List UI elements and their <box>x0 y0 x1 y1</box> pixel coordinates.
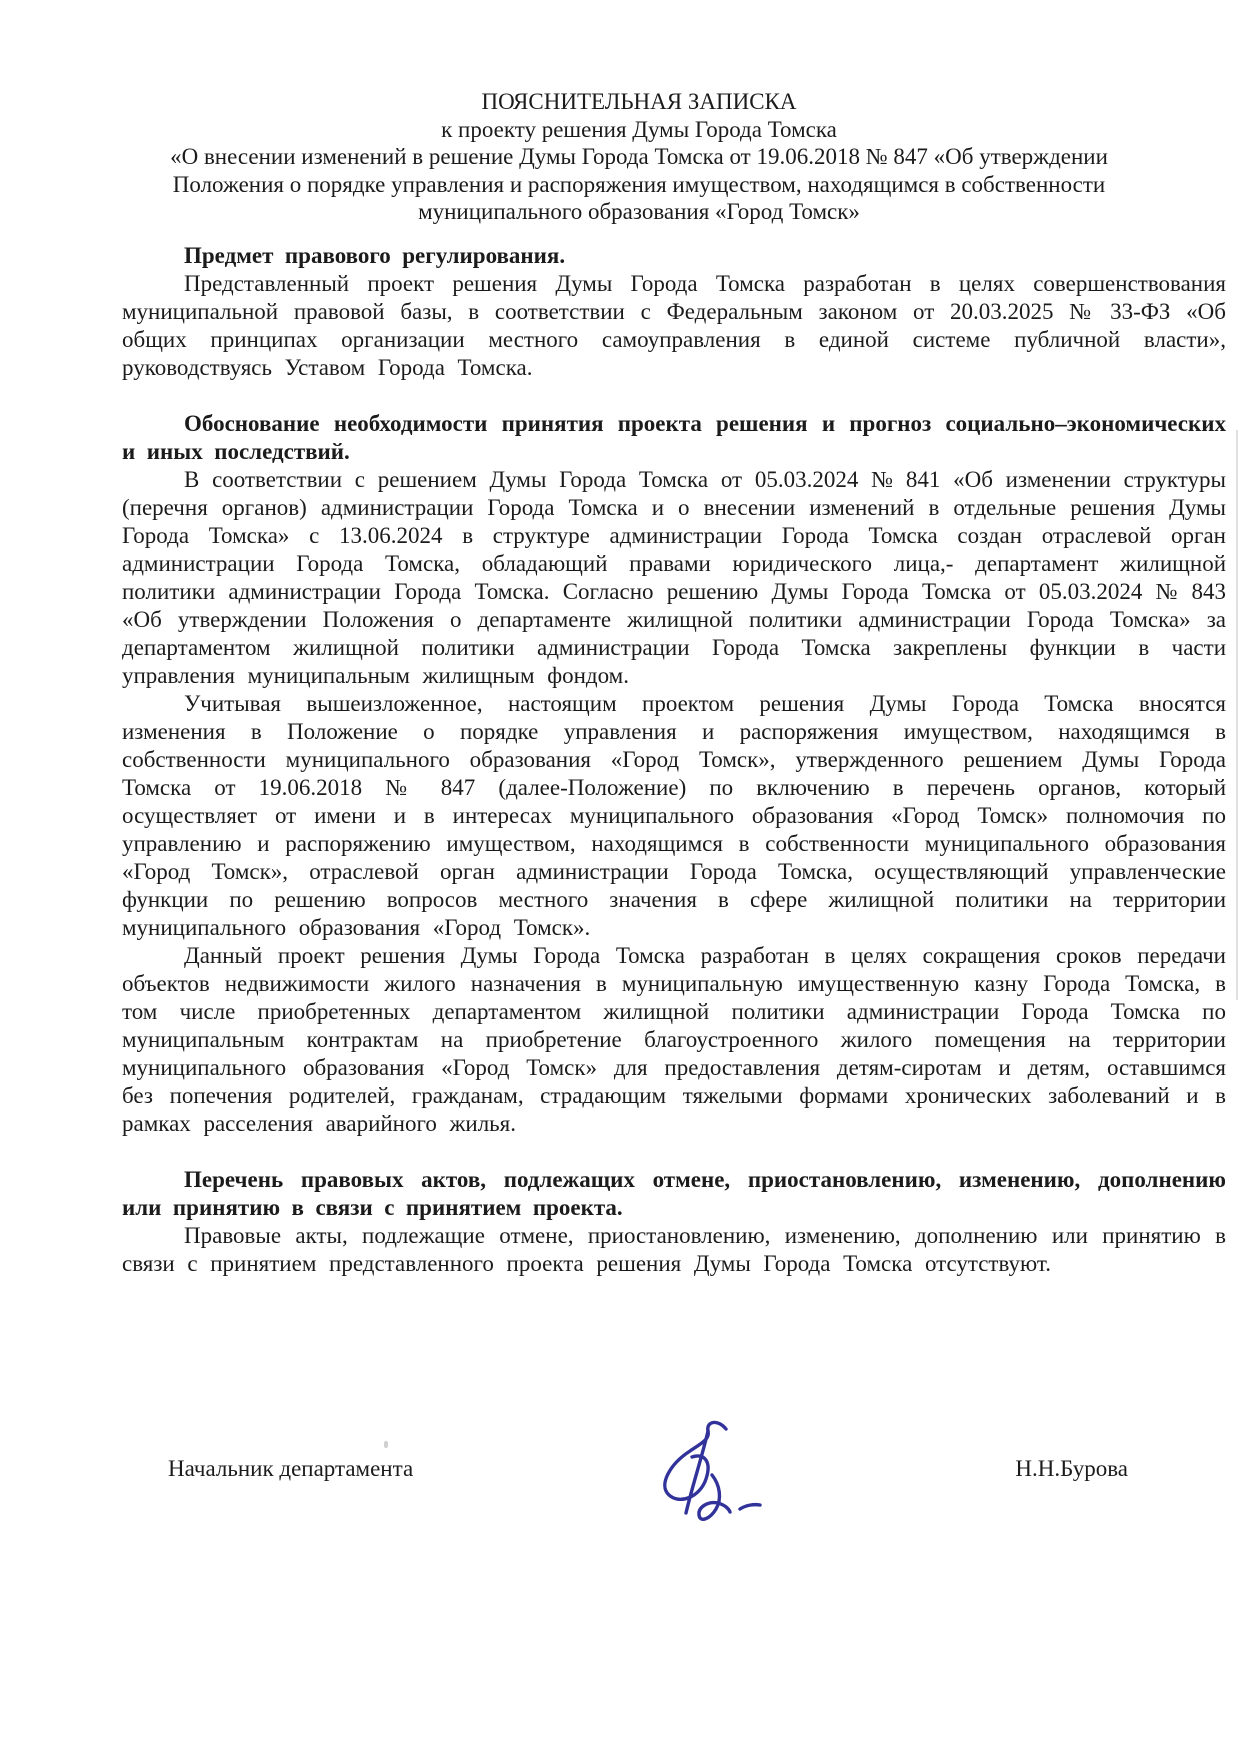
scan-speck-artifact <box>384 1441 388 1448</box>
signatory-name: Н.Н.Бурова <box>1015 1455 1128 1483</box>
paragraph-subject: Представленный проект решения Думы Город… <box>122 270 1226 382</box>
title-line-subtitle: к проекту решения Думы Города Томска <box>122 116 1156 144</box>
document-page: ПОЯСНИТЕЛЬНАЯ ЗАПИСКА к проекту решения … <box>0 0 1240 1753</box>
paragraph-acts-list: Правовые акты, подлежащие отмене, приост… <box>122 1222 1226 1278</box>
handwritten-signature-ink <box>642 1417 792 1537</box>
section-heading-justification: Обоснование необходимости принятия проек… <box>122 410 1226 466</box>
paragraph-justification-2: Учитывая вышеизложенное, настоящим проек… <box>122 690 1226 942</box>
signature-block: Начальник департамента Н.Н.Бурова <box>122 1455 1226 1483</box>
title-line-main: ПОЯСНИТЕЛЬНАЯ ЗАПИСКА <box>122 88 1156 116</box>
paragraph-justification-1: В соответствии с решением Думы Города То… <box>122 466 1226 690</box>
title-line-decision-name: «О внесении изменений в решение Думы Гор… <box>122 143 1156 226</box>
section-heading-subject: Предмет правового регулирования. <box>122 242 1226 270</box>
scan-edge-artifact <box>1236 430 1238 1000</box>
section-heading-acts-list: Перечень правовых актов, подлежащих отме… <box>122 1166 1226 1222</box>
document-title: ПОЯСНИТЕЛЬНАЯ ЗАПИСКА к проекту решения … <box>122 88 1226 226</box>
signatory-position: Начальник департамента <box>168 1455 413 1483</box>
paragraph-justification-3: Данный проект решения Думы Города Томска… <box>122 942 1226 1138</box>
